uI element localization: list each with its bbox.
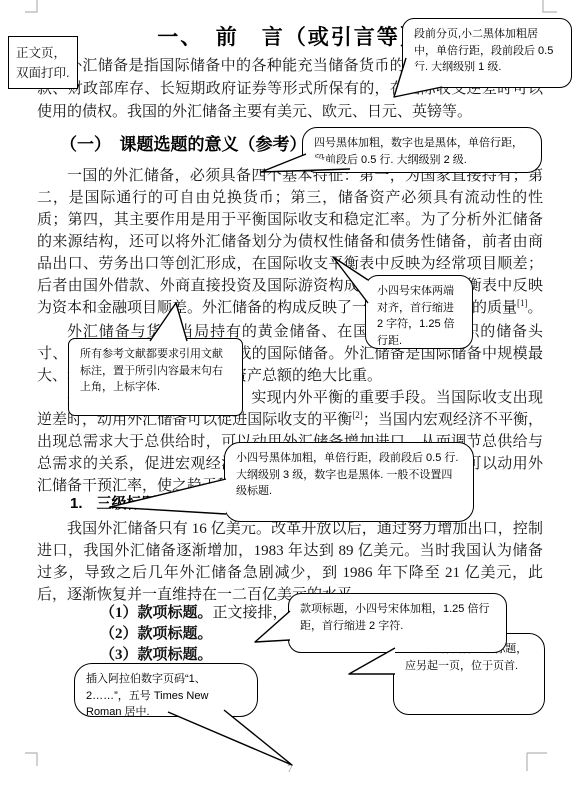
sub-heading-text: 三级标题 bbox=[97, 495, 157, 512]
callout-item-format[interactable]: 款项标题，小四号宋体加粗，1.25 倍行距，首行缩进 2 字符. bbox=[288, 593, 507, 653]
word-document-page: 一、 前 言（或引言等） 外汇储备是指国际储备中的各种能充当储备货币的资产，它是… bbox=[0, 0, 581, 811]
callout-heading3-format[interactable]: 小四号黑体加粗，单倍行距，段前段后 0.5 行. 大纲级别 3 级，数字也是黑体… bbox=[224, 442, 474, 522]
tail-pagenum-rule bbox=[168, 710, 292, 765]
item-label: （2）款项标题。 bbox=[100, 626, 213, 642]
margin-note-box[interactable]: 正文页，双面打印. bbox=[8, 36, 78, 89]
callout-body-format[interactable]: 小四号宋体两端对齐，首行缩进 2 字符，1.25 倍行距. bbox=[365, 275, 473, 349]
callout-title-format[interactable]: 段前分页,小二黑体加粗居中，单倍行距，段前段后 0.5 行. 大纲级别 1 级. bbox=[402, 18, 572, 88]
callout-citation-rule[interactable]: 所有参考文献都要求引用文献标注，置于所引内容最末句右上角，上标字体. bbox=[68, 338, 243, 416]
sub-heading: 1.三级标题 bbox=[70, 492, 157, 513]
callout-heading2-format[interactable]: 四号黑体加粗，数字也是黑体，单倍行距，段前段后 0.5 行. 大纲级别 2 级. bbox=[302, 127, 542, 173]
sub-heading-number: 1. bbox=[70, 495, 83, 512]
section-heading: （一） 课题选题的意义（参考） bbox=[60, 130, 307, 155]
callout-pagenum-rule[interactable]: 插入阿拉伯数字页码“1、2……”，五号 Times New Roman 居中. bbox=[74, 663, 258, 717]
item-label: （1）款项标题。 bbox=[100, 605, 213, 621]
page-number: 7 bbox=[37, 761, 543, 776]
item-label: （3）款项标题。 bbox=[100, 647, 213, 663]
